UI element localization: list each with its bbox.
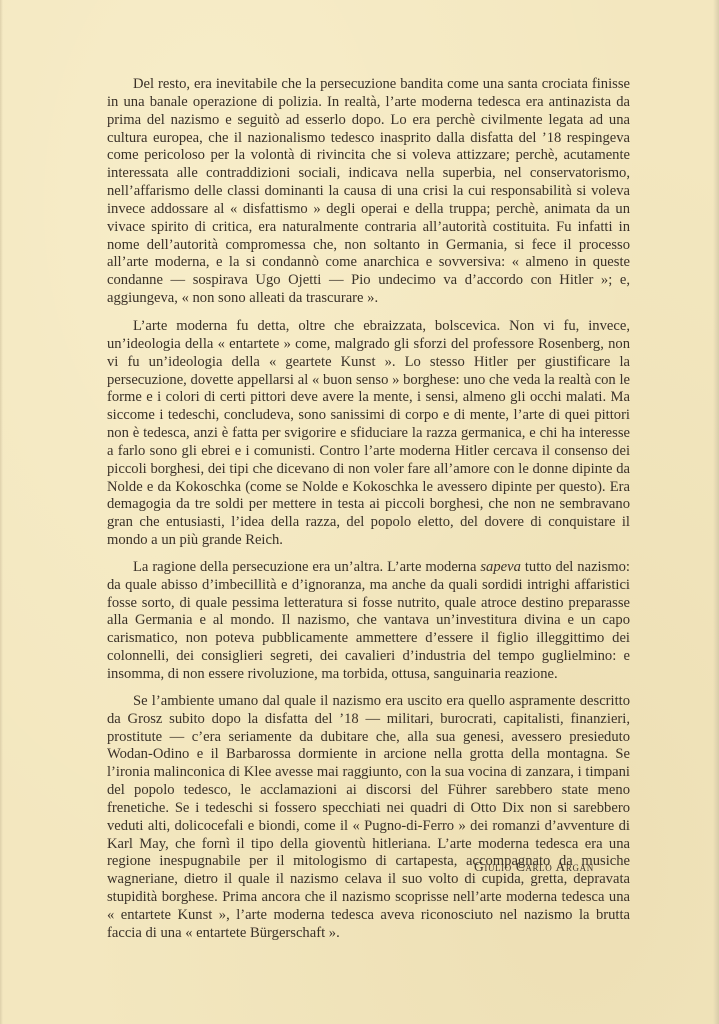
paragraph-3-text-a: La ragione della persecuzione era un’alt… — [133, 559, 480, 575]
paragraph-3-italic-word: sapeva — [480, 559, 521, 575]
page-edge-left — [0, 0, 3, 1024]
paragraph-3-text-b: tutto del nazismo: da quale abisso d’imb… — [107, 559, 630, 682]
page-edge-right — [713, 0, 719, 1024]
paragraph-1: Del resto, era inevitabile che la persec… — [107, 76, 630, 308]
paragraph-1-text: Del resto, era inevitabile che la persec… — [107, 76, 630, 306]
paragraph-2: L’arte moderna fu detta, oltre che ebrai… — [107, 318, 630, 550]
paragraph-2-text: L’arte moderna fu detta, oltre che ebrai… — [107, 318, 630, 548]
article-body: Del resto, era inevitabile che la persec… — [107, 76, 630, 952]
paragraph-3: La ragione della persecuzione era un’alt… — [107, 559, 630, 684]
paragraph-4: Se l’ambiente umano dal quale il nazismo… — [107, 693, 630, 943]
paragraph-4-text: Se l’ambiente umano dal quale il nazismo… — [107, 693, 630, 941]
author-signature: Giulio Carlo Argan — [474, 859, 594, 875]
